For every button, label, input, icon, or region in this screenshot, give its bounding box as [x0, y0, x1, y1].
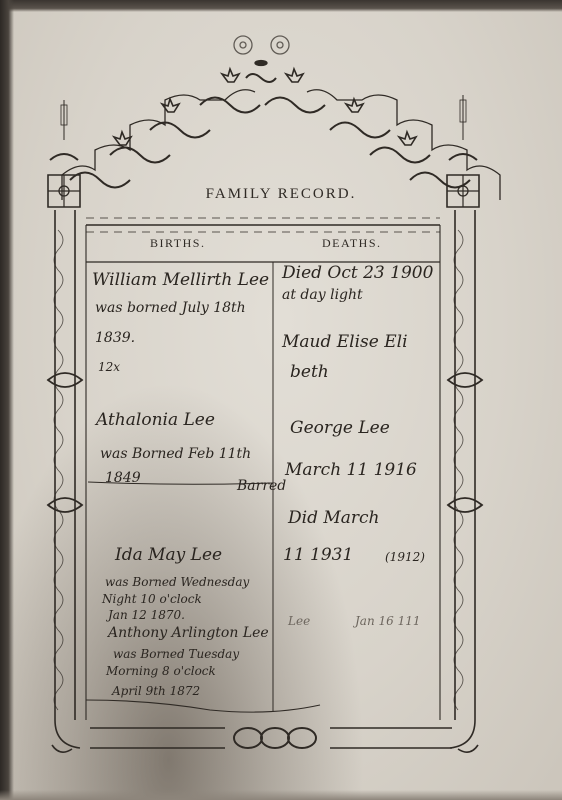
- death-1-line2: at day light: [282, 287, 363, 303]
- birth-2-note: Barred: [237, 478, 286, 494]
- death-2-line2: beth: [290, 362, 329, 382]
- birth-3-line2: was Borned Wednesday: [105, 575, 249, 589]
- birth-2-name: Athalonia Lee: [96, 410, 215, 430]
- death-4-line2: 11 1931: [283, 545, 353, 565]
- death-4-note: (1912): [385, 550, 425, 564]
- page-title: FAMILY RECORD.: [0, 186, 562, 203]
- scanned-family-record-page: FAMILY RECORD. BIRTHS. DEATHS. William M…: [0, 0, 562, 800]
- birth-2-line3: 1849: [105, 470, 141, 486]
- birth-1-line3: 1839.: [95, 330, 135, 346]
- birth-3-line4: Jan 12 1870.: [108, 608, 185, 622]
- birth-3-name: Ida May Lee: [115, 545, 222, 565]
- birth-1-name: William Mellirth Lee: [92, 270, 269, 290]
- death-2-line1: Maud Elise Eli: [282, 332, 408, 352]
- birth-4-line2: was Borned Tuesday: [113, 647, 239, 661]
- birth-4-name: Anthony Arlington Lee: [108, 625, 269, 641]
- death-3-line2: March 11 1916: [285, 460, 417, 480]
- birth-4-line4: April 9th 1872: [112, 684, 200, 698]
- death-5-line2: Jan 16 111: [355, 614, 421, 628]
- death-3-line1: George Lee: [290, 418, 390, 438]
- birth-4-line3: Morning 8 o'clock: [106, 664, 216, 678]
- births-column-header: BIRTHS.: [150, 236, 205, 251]
- birth-1-line2: was borned July 18th: [95, 300, 246, 316]
- top-rosette-ornament: [234, 36, 289, 54]
- death-1-line1: Died Oct 23 1900: [282, 263, 433, 283]
- death-4-line1: Did March: [288, 508, 380, 528]
- ornamental-frame: [0, 0, 562, 800]
- deaths-column-header: DEATHS.: [322, 236, 382, 251]
- death-5-line1: Lee: [288, 614, 310, 628]
- birth-2-line2: was Borned Feb 11th: [100, 446, 251, 462]
- bottom-band-ornament: [52, 720, 478, 752]
- birth-3-line3: Night 10 o'clock: [102, 592, 202, 606]
- birth-1-note: 12x: [98, 360, 120, 374]
